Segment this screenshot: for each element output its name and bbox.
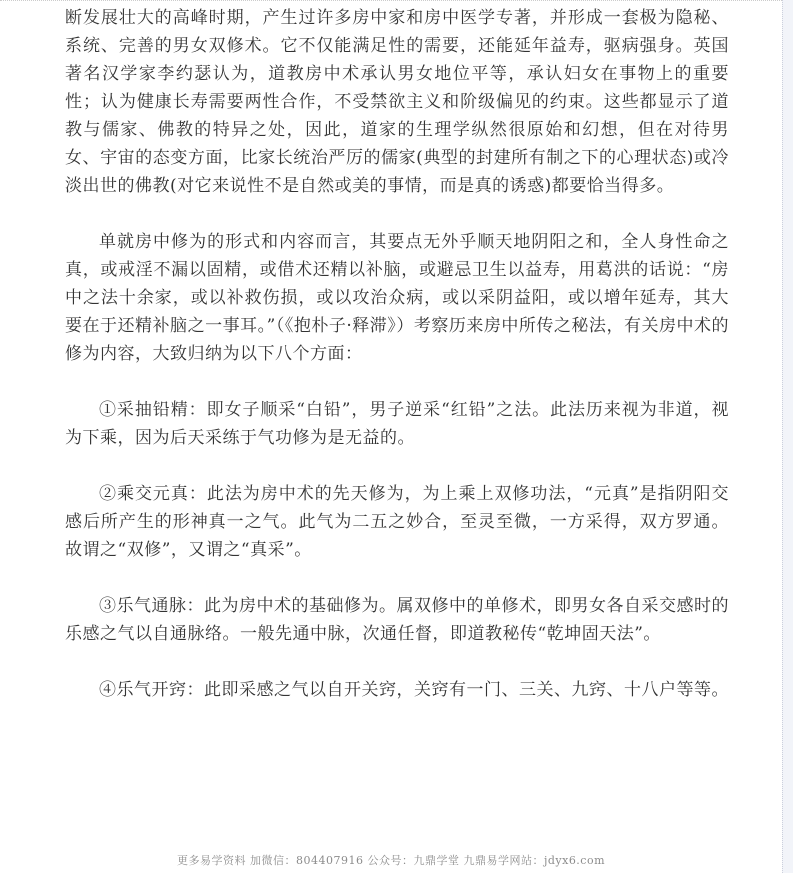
paragraph: ①采抽铅精：即女子顺采“白铅”，男子逆采“红铅”之法。此法历来视为非道，视为下乘… xyxy=(65,396,729,452)
paragraph: 断发展壮大的高峰时期，产生过许多房中家和房中医学专著，并形成一套极为隐秘、系统、… xyxy=(65,4,729,200)
text-boundary-line xyxy=(0,0,782,1)
paragraph: ②乘交元真：此法为房中术的先天修为，为上乘上双修功法，“元真”是指阴阳交感后所产… xyxy=(65,480,729,564)
paragraph: 单就房中修为的形式和内容而言，其要点无外乎顺天地阴阳之和，全人身性命之真，或戒淫… xyxy=(65,228,729,368)
page-edge-strip xyxy=(782,0,793,873)
paragraph: ③乐气通脉：此为房中术的基础修为。属双修中的单修术，即男女各自采交感时的乐感之气… xyxy=(65,592,729,648)
paragraph: ④乐气开窍：此即采感之气以自开关窍，关窍有一门、三关、九窍、十八户等等。 xyxy=(65,676,729,704)
document-page: 断发展壮大的高峰时期，产生过许多房中家和房中医学专著，并形成一套极为隐秘、系统、… xyxy=(0,0,793,873)
document-body: 断发展壮大的高峰时期，产生过许多房中家和房中医学专著，并形成一套极为隐秘、系统、… xyxy=(65,4,729,732)
footer-watermark: 更多易学资料 加微信：804407916 公众号：九鼎学堂 九鼎易学网站：jdy… xyxy=(0,853,782,869)
